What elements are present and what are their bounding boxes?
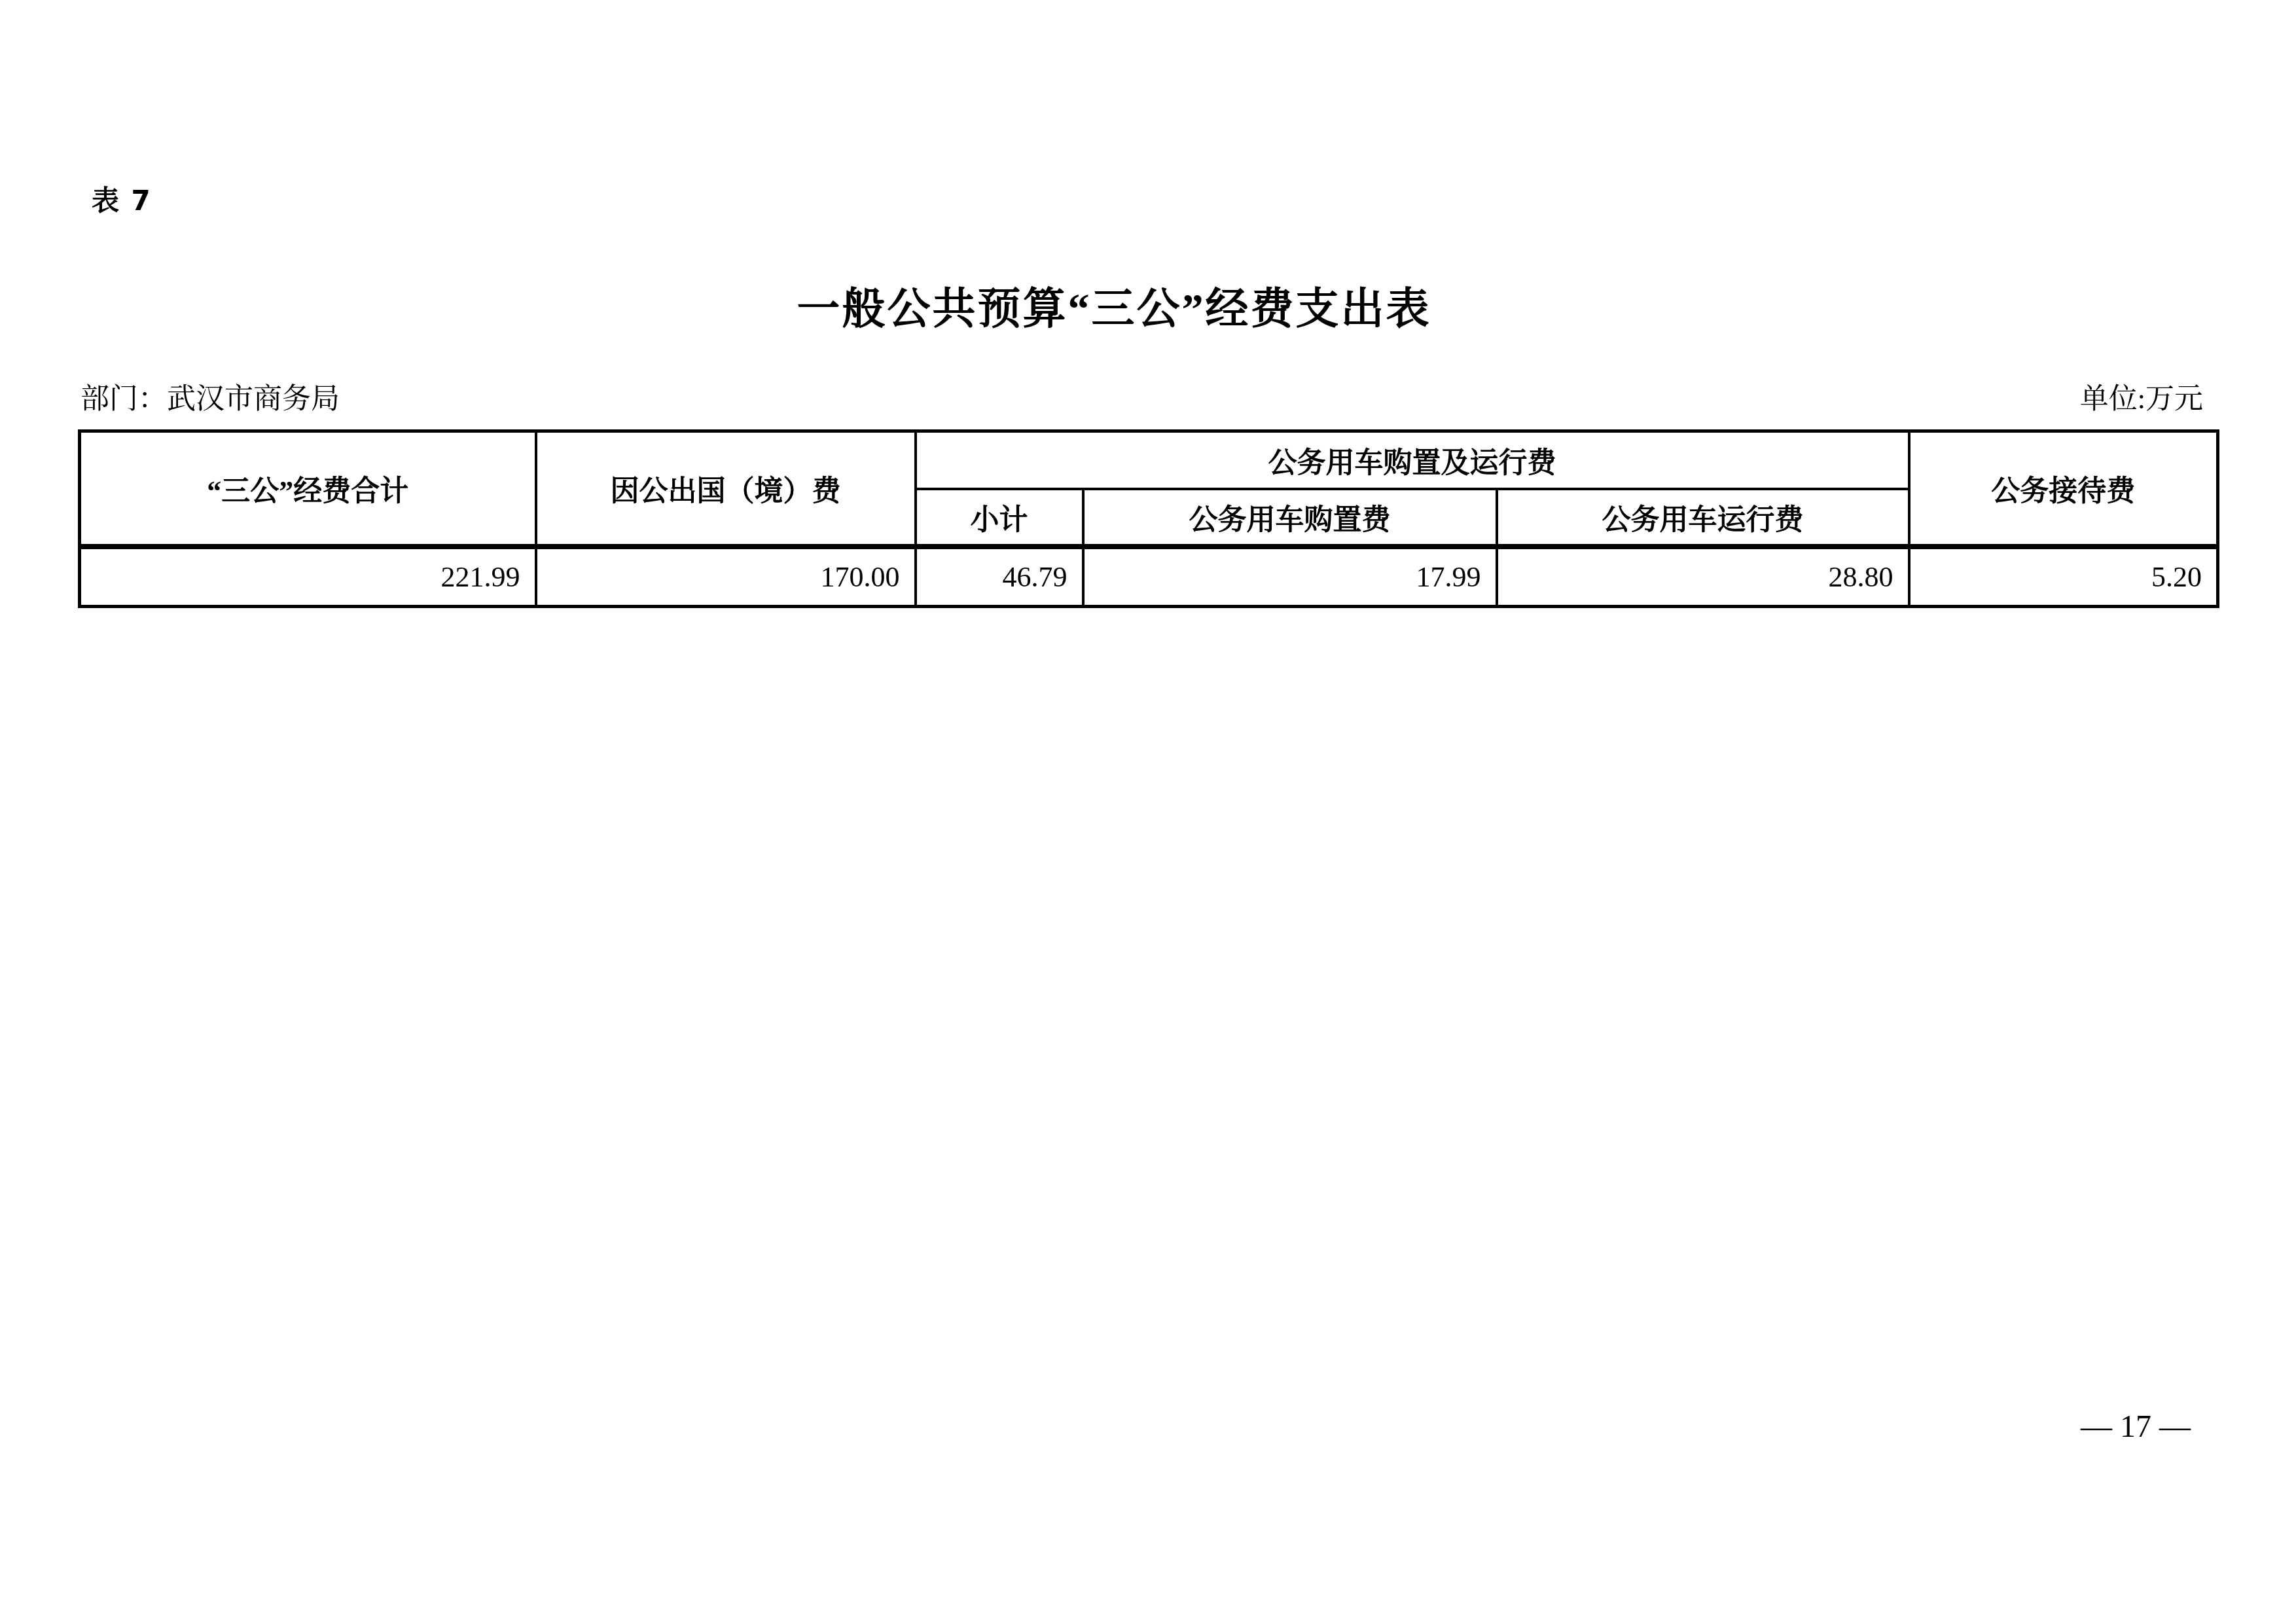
cell-vehicle-subtotal: 46.79	[916, 547, 1083, 607]
department-label: 部门：武汉市商务局	[81, 382, 340, 416]
cell-vehicle-operation: 28.80	[1497, 547, 1909, 607]
table-row: 221.99 170.00 46.79 17.99 28.80 5.20	[80, 547, 2218, 607]
header-abroad-expenses: 因公出国（境）费	[536, 431, 916, 547]
header-total-expenses: “三公”经费合计	[80, 431, 536, 547]
page-number: — 17 —	[2067, 1411, 2204, 1443]
header-vehicle-subtotal: 小计	[916, 489, 1083, 547]
cell-reception: 5.20	[1909, 547, 2218, 607]
document-page: 表 7 一般公共预算“三公”经费支出表 部门：武汉市商务局 单位:万元 “三公”…	[0, 0, 2296, 1624]
header-vehicle-operation: 公务用车运行费	[1497, 489, 1909, 547]
table-label: 表 7	[92, 187, 152, 215]
unit-label: 单位:万元	[2080, 382, 2203, 416]
header-reception-expenses: 公务接待费	[1909, 431, 2218, 547]
table-meta-row: 部门：武汉市商务局 单位:万元	[79, 382, 2216, 416]
cell-abroad: 170.00	[536, 547, 916, 607]
page-title: 一般公共预算“三公”经费支出表	[0, 288, 2228, 331]
expense-table: “三公”经费合计 因公出国（境）费 公务用车购置及运行费 公务接待费 小计 公务…	[78, 429, 2219, 608]
cell-vehicle-purchase: 17.99	[1083, 547, 1497, 607]
header-vehicle-group: 公务用车购置及运行费	[916, 431, 1909, 489]
header-vehicle-purchase: 公务用车购置费	[1083, 489, 1497, 547]
cell-total: 221.99	[80, 547, 536, 607]
